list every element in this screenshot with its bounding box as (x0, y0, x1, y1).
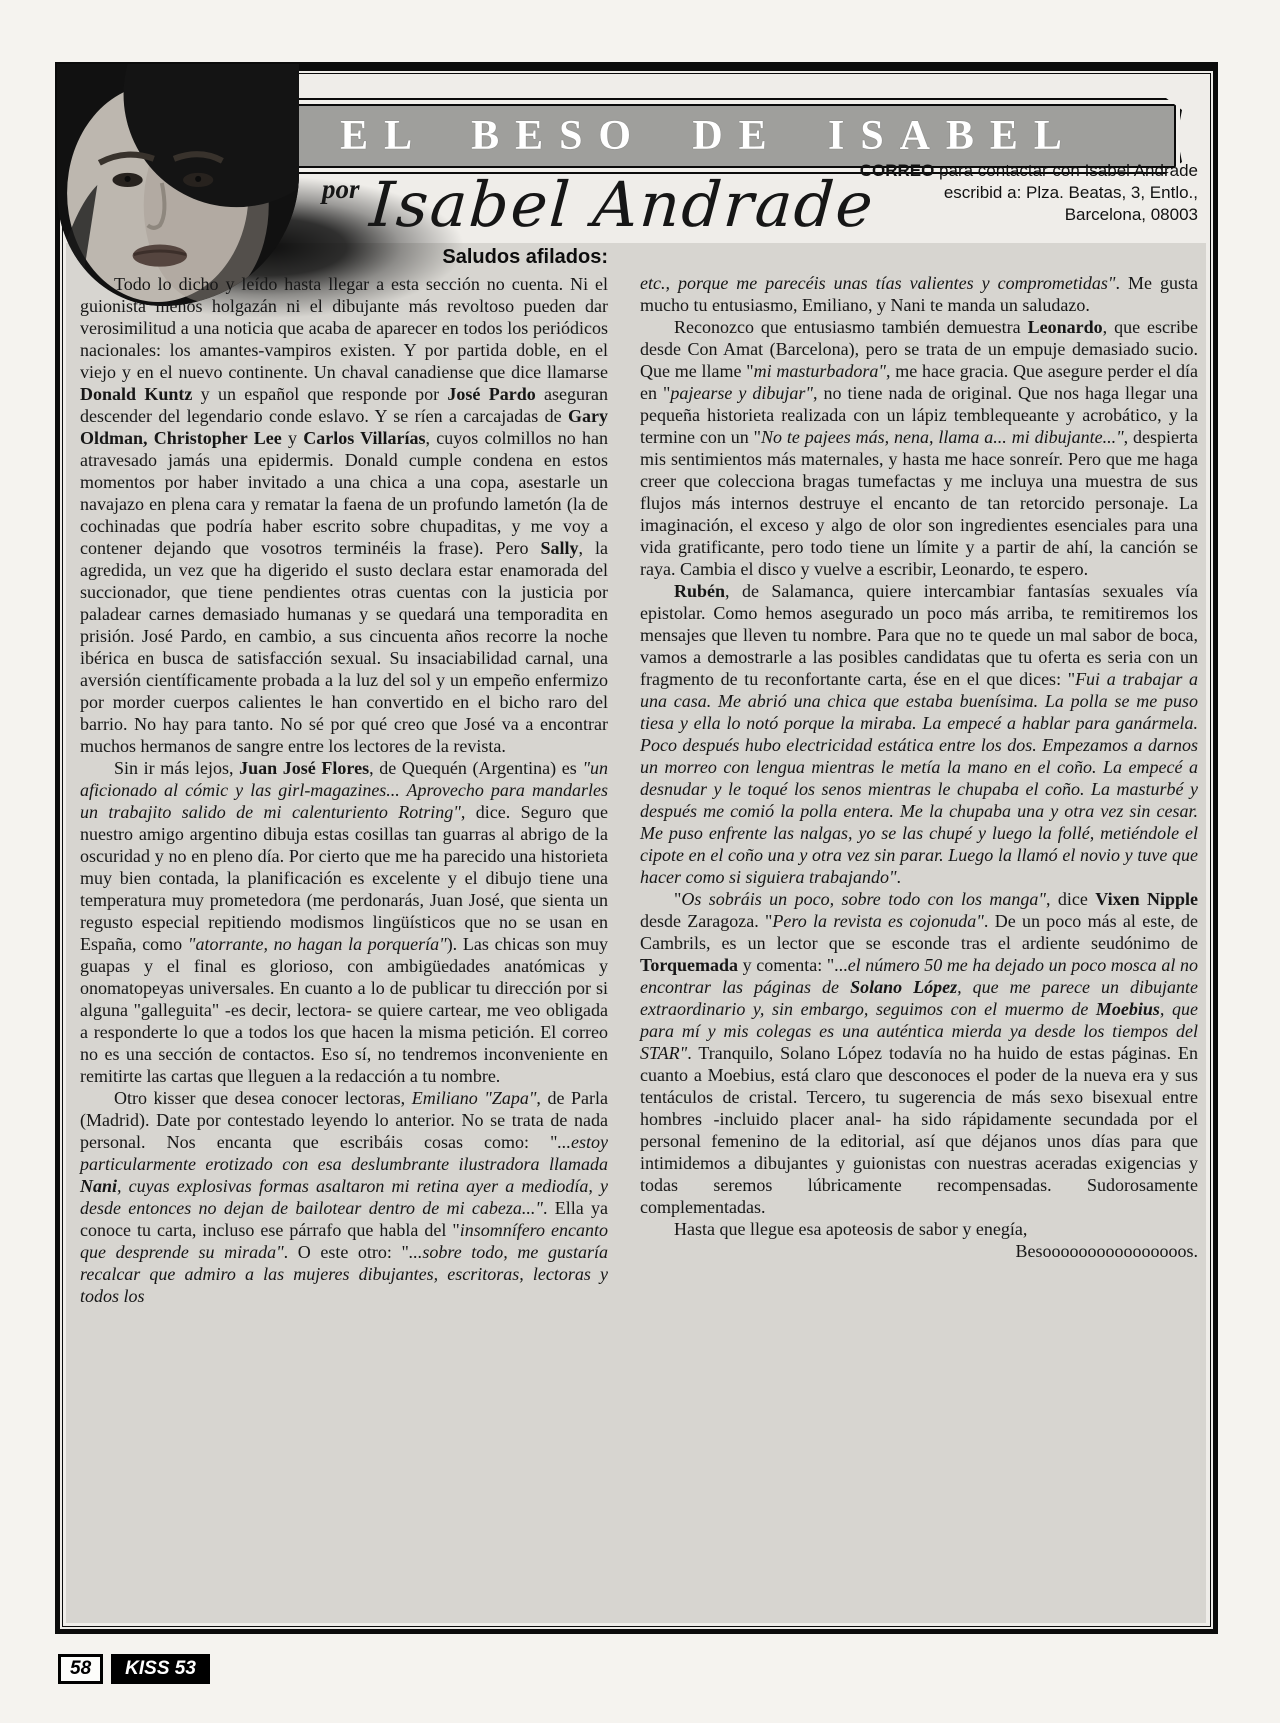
article-column-right: etc., porque me parecéis unas tías valie… (640, 272, 1198, 1262)
text-segment: y (282, 428, 304, 448)
text-segment: . (897, 867, 902, 887)
paragraph: Todo lo dicho y leído hasta llegar a est… (80, 273, 608, 757)
paragraph: Hasta que llegue esa apoteosis de sabor … (640, 1218, 1198, 1240)
text-segment: , cuyas explosivas formas asaltaron mi r… (80, 1176, 608, 1218)
text-segment: No te pajees más, nena, llama a... mi di… (761, 427, 1124, 447)
text-segment: Pero la revista es cojonuda" (772, 911, 983, 931)
text-segment: ). Las chicas son muy guapas y el final … (80, 934, 608, 1086)
text-segment: Moebius (1096, 999, 1160, 1019)
text-segment: Sally (540, 538, 578, 558)
text-segment: "atorrante, no hagan la porquería" (188, 934, 447, 954)
page-title: EL BESO DE ISABEL (340, 112, 1078, 160)
text-segment: Carlos Villarías (303, 428, 425, 448)
magazine-issue-badge: KISS 53 (111, 1654, 210, 1684)
text-segment: . Tranquilo, Solano López todavía no ha … (640, 1043, 1198, 1217)
section-heading: Saludos afilados: (80, 246, 608, 269)
left-column-paragraphs: Todo lo dicho y leído hasta llegar a est… (80, 273, 608, 1307)
page-number-badge: 58 (58, 1654, 103, 1684)
page-footer: 58 KISS 53 (58, 1654, 210, 1684)
article-column-left: Saludos afilados: Todo lo dicho y leído … (80, 246, 608, 1307)
contact-label: CORREO (860, 161, 935, 180)
text-segment: , dice. Seguro que nuestro amigo argenti… (80, 802, 608, 954)
byline-prefix: por (322, 174, 360, 204)
paragraph: Rubén, de Salamanca, quiere intercambiar… (640, 580, 1198, 888)
text-segment: Leonardo (1028, 317, 1103, 337)
text-segment: Emiliano "Zapa" (412, 1088, 537, 1108)
text-segment: Rubén (674, 581, 725, 601)
text-segment: desde Zaragoza. " (640, 911, 772, 931)
text-segment: Nani (80, 1176, 117, 1196)
contact-block: CORREO para contactar con Isabel Andrade… (850, 160, 1198, 225)
text-segment: . O este otro: " (284, 1242, 409, 1262)
text-segment: , la agredida, un vez que ha digerido el… (80, 538, 608, 756)
text-segment: Vixen Nipple (1095, 889, 1198, 909)
right-column-paragraphs: etc., porque me parecéis unas tías valie… (640, 272, 1198, 1262)
text-segment: Otro kisser que desea conocer lectoras, (114, 1088, 412, 1108)
text-segment: Reconozco que entusiasmo también demuest… (674, 317, 1028, 337)
text-segment: pajearse y dibujar" (670, 383, 813, 403)
text-segment: Torquemada (640, 955, 738, 975)
text-segment: Fui a trabajar a una casa. Me abrió una … (640, 669, 1198, 887)
text-segment: , de Quequén (Argentina) es (369, 758, 582, 778)
text-segment: José Pardo (447, 384, 535, 404)
text-segment: etc., porque me parecéis unas tías valie… (640, 273, 1116, 293)
paragraph: Sin ir más lejos, Juan José Flores, de Q… (80, 757, 608, 1087)
magazine-page: EL BESO DE ISABEL porIsabel Andrade CORR… (0, 0, 1280, 1723)
contact-line-2: escribid a: Plza. Beatas, 3, Entlo., (850, 182, 1198, 204)
text-segment: Juan José Flores (239, 758, 369, 778)
paragraph: etc., porque me parecéis unas tías valie… (640, 272, 1198, 316)
text-segment: Hasta que llegue esa apoteosis de sabor … (674, 1219, 1027, 1239)
text-segment: , dice (1046, 889, 1095, 909)
text-segment: mi masturbadora" (754, 361, 886, 381)
text-segment: Todo lo dicho y leído hasta llegar a est… (80, 274, 608, 382)
text-segment: Sin ir más lejos, (114, 758, 239, 778)
text-segment: Solano López (850, 977, 957, 997)
paragraph: "Os sobráis un poco, sobre todo con los … (640, 888, 1198, 1218)
text-segment: , despierta mis sentimientos más materna… (640, 427, 1198, 579)
contact-rest: para contactar con Isabel Andrade (934, 161, 1198, 180)
paragraph: Otro kisser que desea conocer lectoras, … (80, 1087, 608, 1307)
byline: porIsabel Andrade (322, 168, 874, 241)
title-banner-bar: EL BESO DE ISABEL (242, 104, 1176, 168)
paragraph: Reconozco que entusiasmo también demuest… (640, 316, 1198, 580)
text-segment: Donald Kuntz (80, 384, 192, 404)
text-segment: Os sobráis un poco, sobre todo con los m… (681, 889, 1046, 909)
contact-line-1: CORREO para contactar con Isabel Andrade (850, 160, 1198, 182)
text-segment: Besoooooooooooooooos. (1015, 1241, 1198, 1261)
contact-line-3: Barcelona, 08003 (850, 204, 1198, 226)
byline-author-name: Isabel Andrade (367, 168, 877, 241)
text-segment: y un español que responde por (192, 384, 447, 404)
paragraph: Besoooooooooooooooos. (640, 1240, 1198, 1262)
text-segment: y comenta: "... (738, 955, 848, 975)
